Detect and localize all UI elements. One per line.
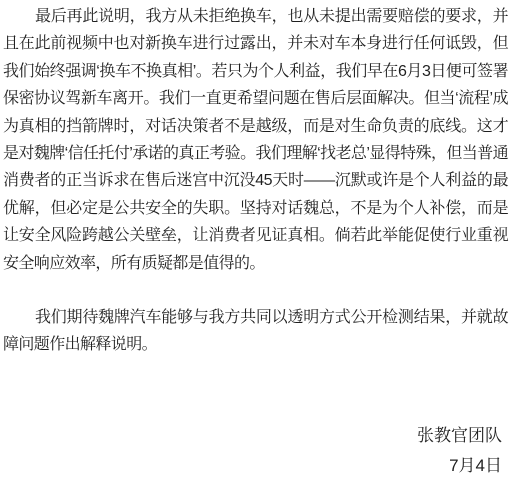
statement-document: 最后再此说明，我方从未拒绝换车，也从未提出需要赔偿的要求，并且在此前视频中也对新… [0, 0, 511, 492]
statement-paragraph-1: 最后再此说明，我方从未拒绝换车，也从未提出需要赔偿的要求，并且在此前视频中也对新… [3, 3, 508, 277]
signature-date: 7月4日 [3, 451, 502, 481]
signature-author: 张教官团队 [3, 421, 502, 451]
signature-block: 张教官团队 7月4日 [3, 421, 508, 481]
statement-paragraph-2: 我们期待魏牌汽车能够与我方共同以透明方式公开检测结果，并就故障问题作出解释说明。 [3, 304, 508, 359]
